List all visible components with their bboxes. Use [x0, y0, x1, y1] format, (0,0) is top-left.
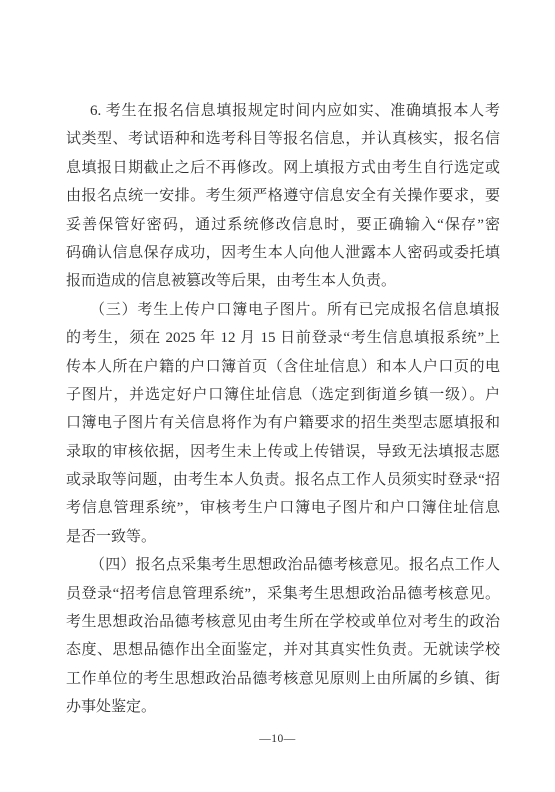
text-line: 是否一致等。 — [66, 523, 500, 551]
text-line: 码确认信息保存成功，因考生本人向他人泄露本人密码或委托填 — [66, 239, 500, 267]
text-line: （四）报名点采集考生思想政治品德考核意见。报名点工作人 — [66, 551, 500, 579]
text-line: 考信息管理系统”，审核考生户口簿电子图片和户口簿住址信息 — [66, 494, 500, 522]
text-line: 录取的审核依据，因考生未上传或上传错误，导致无法填报志愿 — [66, 438, 500, 466]
paragraph: （四）报名点采集考生思想政治品德考核意见。报名点工作人员登录“招考信息管理系统”… — [66, 551, 500, 721]
text-line: 子图片，并选定好户口簿住址信息（选定到街道乡镇一级）。户 — [66, 381, 500, 409]
page-number: —10— — [0, 733, 555, 745]
text-line: 考生思想政治品德考核意见由考生所在学校或单位对考生的政治 — [66, 608, 500, 636]
text-line: 口簿电子图片有关信息将作为有户籍要求的招生类型志愿填报和 — [66, 409, 500, 437]
text-line: 态度、思想品德作出全面鉴定，并对其真实性负责。无就读学校或 — [66, 636, 500, 664]
text-line: 员登录“招考信息管理系统”，采集考生思想政治品德考核意见。 — [66, 580, 500, 608]
text-line: 的考生，须在 2025 年 12 月 15 日前登录“考生信息填报系统”上 — [66, 324, 500, 352]
document-body: 6. 考生在报名信息填报规定时间内应如实、准确填报本人考试类型、考试语种和选考科… — [66, 97, 500, 722]
text-line: （三）考生上传户口簿电子图片。所有已完成报名信息填报 — [66, 296, 500, 324]
text-line: 办事处鉴定。 — [66, 693, 500, 721]
text-line: 或录取等问题，由考生本人负责。报名点工作人员须实时登录“招 — [66, 466, 500, 494]
text-line: 息填报日期截止之后不再修改。网上填报方式由考生自行选定或 — [66, 154, 500, 182]
paragraph: 6. 考生在报名信息填报规定时间内应如实、准确填报本人考试类型、考试语种和选考科… — [66, 97, 500, 296]
text-line: 传本人所在户籍的户口簿首页（含住址信息）和本人户口页的电 — [66, 353, 500, 381]
text-line: 试类型、考试语种和选考科目等报名信息，并认真核实，报名信 — [66, 125, 500, 153]
text-line: 由报名点统一安排。考生须严格遵守信息安全有关操作要求，要 — [66, 182, 500, 210]
text-line: 工作单位的考生思想政治品德考核意见原则上由所属的乡镇、街道 — [66, 665, 500, 693]
text-line: 妥善保管好密码，通过系统修改信息时，要正确输入“保存”密 — [66, 211, 500, 239]
text-line: 6. 考生在报名信息填报规定时间内应如实、准确填报本人考 — [66, 97, 500, 125]
text-line: 报而造成的信息被篡改等后果，由考生本人负责。 — [66, 267, 500, 295]
document-page: 6. 考生在报名信息填报规定时间内应如实、准确填报本人考试类型、考试语种和选考科… — [0, 0, 555, 792]
paragraph: （三）考生上传户口簿电子图片。所有已完成报名信息填报的考生，须在 2025 年 … — [66, 296, 500, 552]
